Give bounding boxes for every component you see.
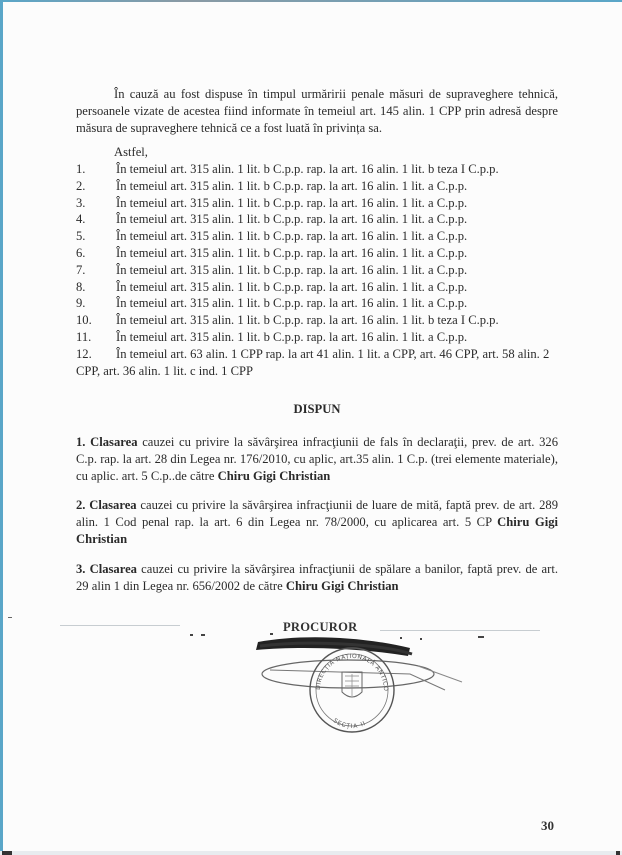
- stamp-text-bottom: SECȚIA II: [332, 717, 368, 730]
- scan-edge-top: [0, 0, 622, 2]
- list-item-text: În temeiul art. 315 alin. 1 lit. b C.p.p…: [116, 280, 467, 294]
- list-item: 6.În temeiul art. 315 alin. 1 lit. b C.p…: [76, 245, 558, 262]
- list-item-text: În temeiul art. 315 alin. 1 lit. b C.p.p…: [116, 246, 467, 260]
- decision-person: Chiru Gigi Christian: [286, 579, 399, 593]
- list-item-text: În temeiul art. 315 alin. 1 lit. b C.p.p…: [116, 313, 499, 327]
- stamp-seal-icon: DIRECȚIA NAȚIONALĂ ANTICORUPȚIE SECȚIA I…: [240, 628, 470, 758]
- list-item-number: 7.: [76, 262, 85, 279]
- list-item-number: 8.: [76, 279, 85, 296]
- list-item-text: În temeiul art. 315 alin. 1 lit. b C.p.p…: [116, 296, 467, 310]
- scan-speck: [190, 634, 193, 636]
- svg-text:SECȚIA II: SECȚIA II: [332, 717, 368, 730]
- list-item: 7.În temeiul art. 315 alin. 1 lit. b C.p…: [76, 262, 558, 279]
- list-item: 1.În temeiul art. 315 alin. 1 lit. b C.p…: [76, 161, 558, 178]
- decision-lead: Clasarea: [89, 498, 136, 512]
- list-item-text: În temeiul art. 315 alin. 1 lit. b C.p.p…: [116, 229, 467, 243]
- scan-mark: [8, 617, 12, 618]
- list-item: 4.În temeiul art. 315 alin. 1 lit. b C.p…: [76, 211, 558, 228]
- list-item-text: În temeiul art. 63 alin. 1 CPP rap. la a…: [76, 347, 549, 378]
- list-item: 2.În temeiul art. 315 alin. 1 lit. b C.p…: [76, 178, 558, 195]
- list-item-number: 3.: [76, 195, 85, 212]
- decision-lead: Clasarea: [90, 562, 137, 576]
- scan-edge-left: [0, 0, 3, 855]
- list-item: 12.În temeiul art. 63 alin. 1 CPP rap. l…: [76, 346, 558, 380]
- list-item-number: 9.: [76, 295, 85, 312]
- scan-line: [60, 625, 180, 626]
- decision-number: 2.: [76, 498, 85, 512]
- scan-speck: [478, 636, 484, 638]
- list-item-text: În temeiul art. 315 alin. 1 lit. b C.p.p…: [116, 263, 467, 277]
- list-item-number: 2.: [76, 178, 85, 195]
- intro-paragraph: În cauză au fost dispuse în timpul urmăr…: [76, 86, 558, 136]
- list-item-text: În temeiul art. 315 alin. 1 lit. b C.p.p…: [116, 330, 467, 344]
- list-item-number: 5.: [76, 228, 85, 245]
- list-item: 3.În temeiul art. 315 alin. 1 lit. b C.p…: [76, 195, 558, 212]
- decision-body: cauzei cu privire la săvârşirea infracţi…: [76, 498, 558, 529]
- list-item-number: 6.: [76, 245, 85, 262]
- list-item-text: În temeiul art. 315 alin. 1 lit. b C.p.p…: [116, 212, 467, 226]
- dispun-heading: DISPUN: [76, 401, 558, 418]
- list-item: 5.În temeiul art. 315 alin. 1 lit. b C.p…: [76, 228, 558, 245]
- list-item-text: În temeiul art. 315 alin. 1 lit. b C.p.p…: [116, 196, 467, 210]
- list-item-text: În temeiul art. 315 alin. 1 lit. b C.p.p…: [116, 162, 499, 176]
- list-item: 10.În temeiul art. 315 alin. 1 lit. b C.…: [76, 312, 558, 329]
- list-item: 11.În temeiul art. 315 alin. 1 lit. b C.…: [76, 329, 558, 346]
- list-item-text: În temeiul art. 315 alin. 1 lit. b C.p.p…: [116, 179, 467, 193]
- decision-person: Chiru Gigi Christian: [218, 469, 331, 483]
- page-number: 30: [541, 818, 554, 834]
- decision-number: 1.: [76, 435, 85, 449]
- scan-edge-bottom: [0, 851, 622, 855]
- scan-speck: [201, 634, 205, 636]
- decision-item: 2. Clasarea cauzei cu privire la săvârşi…: [76, 497, 558, 547]
- list-item: 9.În temeiul art. 315 alin. 1 lit. b C.p…: [76, 295, 558, 312]
- legal-grounds-list: 1.În temeiul art. 315 alin. 1 lit. b C.p…: [76, 161, 558, 379]
- list-item-number: 10.: [76, 312, 92, 329]
- list-item-number: 11.: [76, 329, 91, 346]
- decision-number: 3.: [76, 562, 85, 576]
- decision-lead: Clasarea: [90, 435, 137, 449]
- decision-item: 1. Clasarea cauzei cu privire la săvârşi…: [76, 434, 558, 484]
- list-item: 8.În temeiul art. 315 alin. 1 lit. b C.p…: [76, 279, 558, 296]
- list-item-number: 4.: [76, 211, 85, 228]
- decision-item: 3. Clasarea cauzei cu privire la săvârşi…: [76, 561, 558, 595]
- list-item-number: 1.: [76, 161, 85, 178]
- signature-stamp: DIRECȚIA NAȚIONALĂ ANTICORUPȚIE SECȚIA I…: [240, 628, 470, 758]
- astfel-label: Astfel,: [114, 144, 148, 161]
- list-item-number: 12.: [76, 346, 92, 363]
